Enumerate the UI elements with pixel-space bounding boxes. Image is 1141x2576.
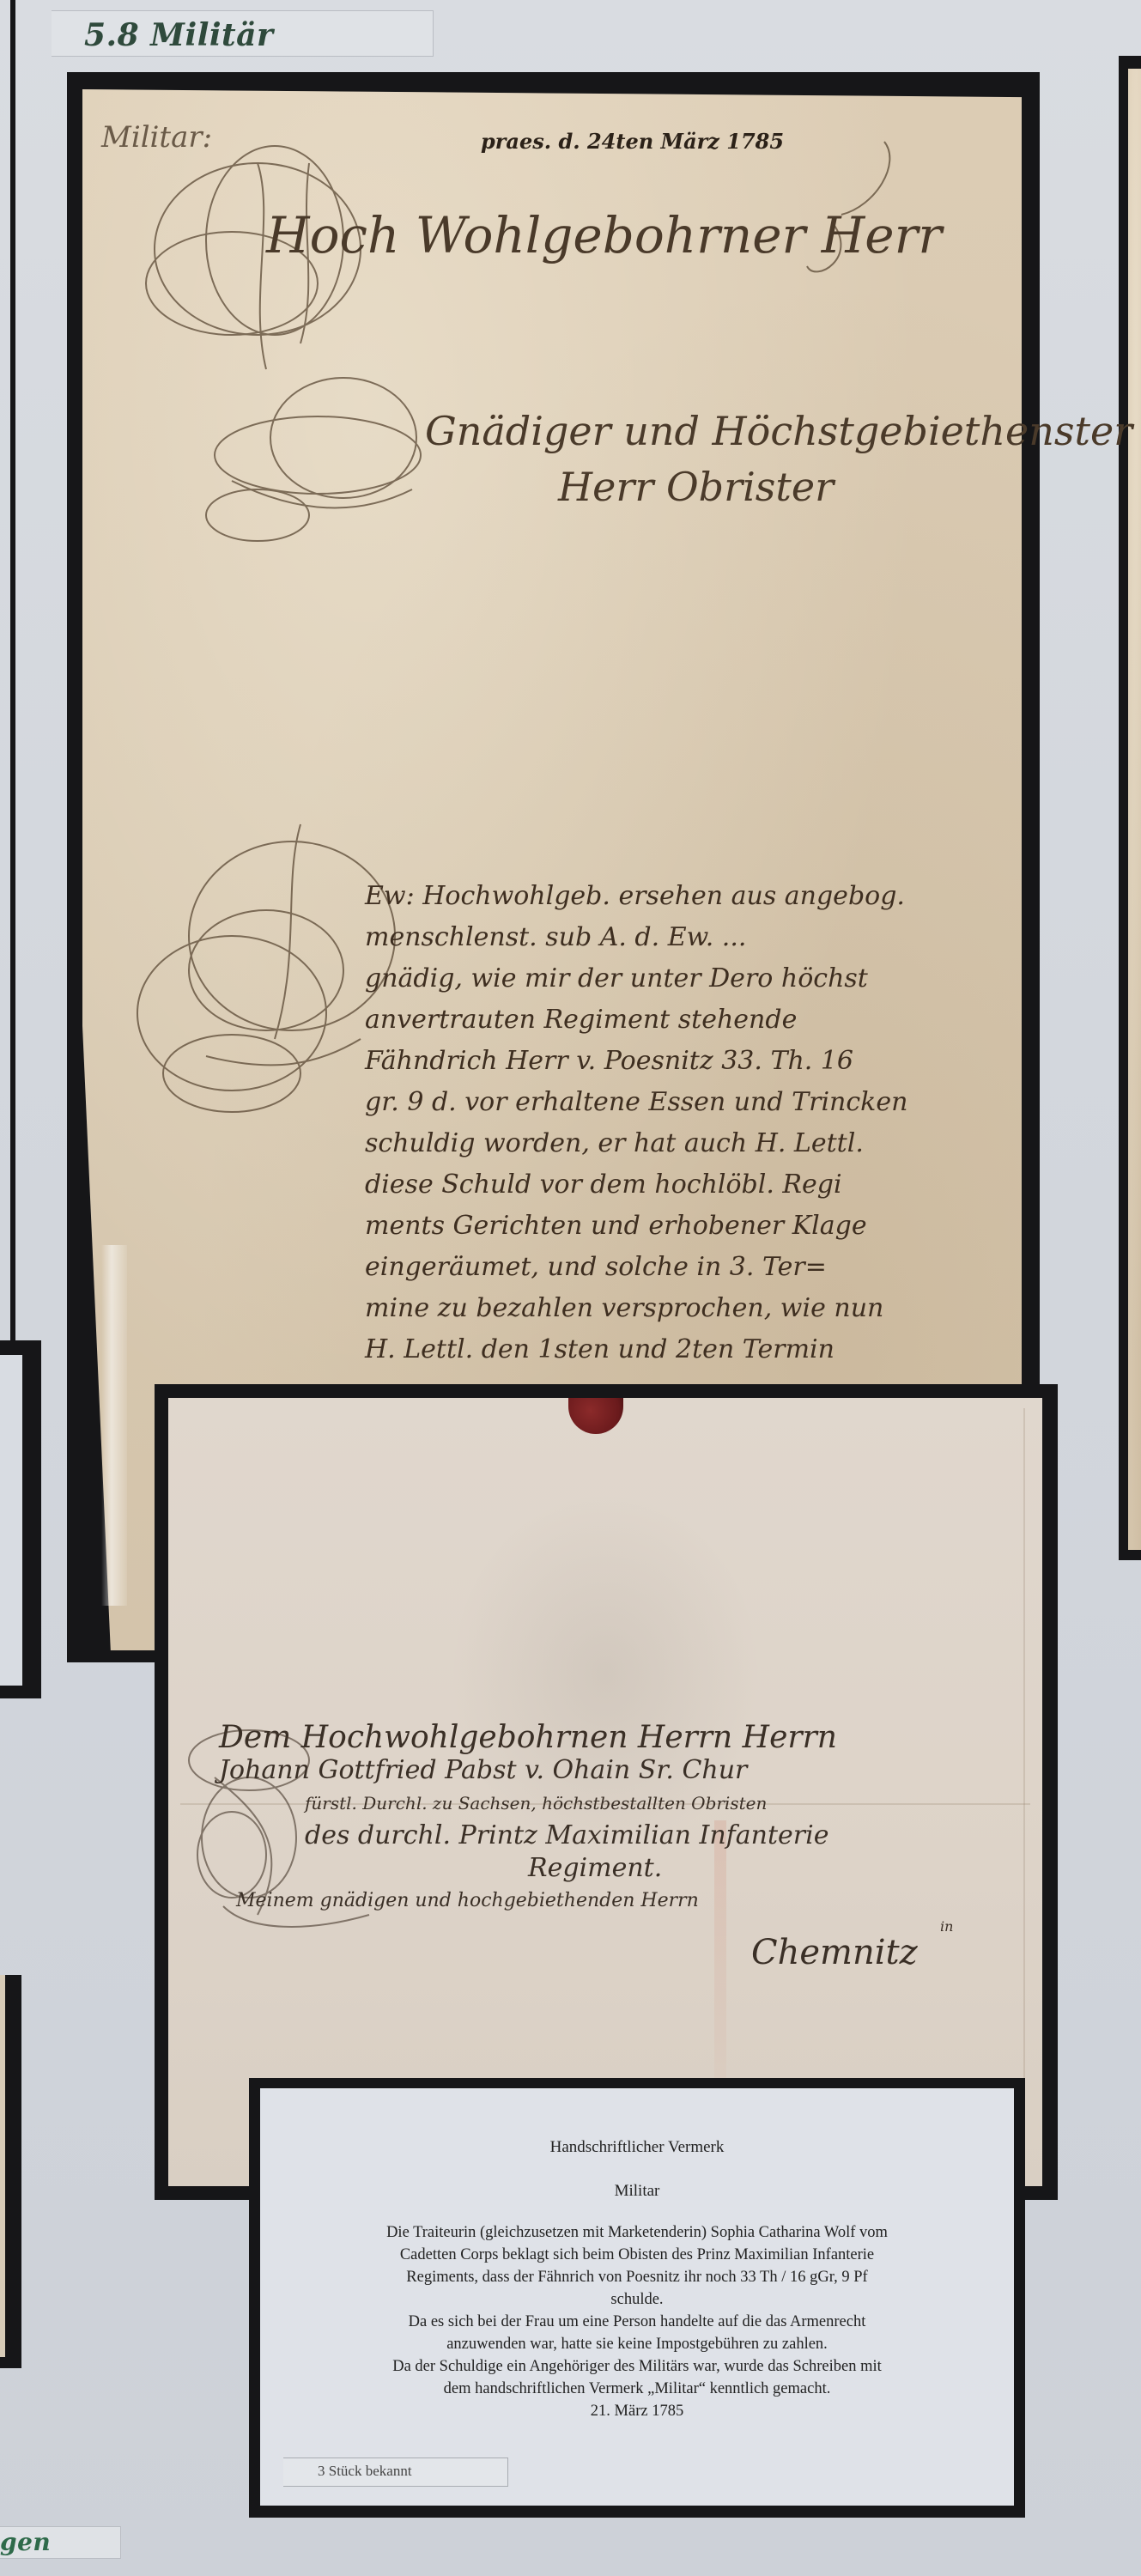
count-note: 3 Stück bekannt (318, 2463, 412, 2479)
neighbor-frame-left-top (0, 0, 15, 1344)
address-line: fürstl. Durchl. zu Sachsen, höchstbestal… (219, 1787, 953, 1820)
card-title: Handschriftlicher Vermerk (260, 2138, 1014, 2157)
address-line: Johann Gottfried Pabst v. Ohain Sr. Chur (219, 1754, 953, 1787)
letter-body-line: eingeräumet, und solche in 3. Ter= (365, 1247, 907, 1288)
letter-body-line: anvertrauten Regiment stehende (365, 999, 907, 1041)
letter-body-line: Ew: Hochwohlgeb. ersehen aus angebog. (365, 876, 907, 917)
neighbor-card-left-bottom (0, 1975, 5, 2357)
section-title: 5.8 Militär (84, 17, 273, 53)
address-line: Meinem gnädigen und hochgebiethenden Her… (219, 1885, 953, 1917)
card-paragraph-line: schulde. (260, 2288, 1014, 2311)
address-line: des durchl. Printz Maximilian Infanterie (219, 1820, 953, 1852)
letter-body-line: gr. 9 d. vor erhaltene Essen und Trincke… (365, 1082, 907, 1123)
card-paragraph-line: Cadetten Corps beklagt sich beim Obisten… (260, 2244, 1014, 2266)
letter-body-line: schuldig worden, er hat auch H. Lettl. (365, 1123, 907, 1164)
salutation-line-2: Gnädiger und Höchstgebiethenster (425, 408, 1132, 454)
letter-body-line: mine zu bezahlen versprochen, wie nun (365, 1288, 907, 1329)
letter-salutation-2: Gnädiger und Höchstgebiethenster (425, 408, 1132, 454)
description-card: Handschriftlicher Vermerk Militar Die Tr… (260, 2088, 1014, 2506)
section-title-text: 5.8 Militär (84, 17, 273, 53)
salutation-line-3: Herr Obrister (558, 464, 834, 510)
letter-salutation-1: Hoch Wohlgebohrner Herr (266, 206, 942, 264)
letter-body-line: diese Schuld vor dem hochlöbl. Regi (365, 1164, 907, 1206)
letter-body: Ew: Hochwohlgeb. ersehen aus angebog. me… (365, 876, 907, 1370)
salutation-line-1: Hoch Wohlgebohrner Herr (266, 206, 942, 264)
neighbor-label-text: gen (0, 2528, 51, 2556)
card-paragraph: Die Traiteurin (gleichzusetzen mit Marke… (260, 2221, 1014, 2422)
address-line: Dem Hochwohlgebohrnen Herrn Herrn (219, 1722, 953, 1754)
letter-body-line: menschlenst. sub A. d. Ew. ... (365, 917, 907, 958)
card-paragraph-line: 21. März 1785 (260, 2400, 1014, 2422)
neighbor-label-fragment: gen (0, 2528, 51, 2556)
letter-body-line: ments Gerichten und erhobener Klage (365, 1206, 907, 1247)
card-paragraph-line: dem handschriftlichen Vermerk „Militar“ … (260, 2378, 1014, 2400)
address-line: Chemnitz (219, 1936, 953, 1969)
letter-body-line: Fähndrich Herr v. Poesnitz 33. Th. 16 (365, 1041, 907, 1082)
card-paragraph-line: Regiments, dass der Fähnrich von Poesnit… (260, 2266, 1014, 2288)
card-paragraph-line: anzuwenden war, hatte sie keine Impostge… (260, 2333, 1014, 2355)
envelope-fold-line-vertical (1023, 1408, 1025, 2181)
card-paragraph-line: Die Traiteurin (gleichzusetzen mit Marke… (260, 2221, 1014, 2244)
card-paragraph-line: Da der Schuldige ein Angehöriger des Mil… (260, 2355, 1014, 2378)
address-line: Regiment. (219, 1852, 953, 1885)
card-subtitle: Militar (260, 2182, 1014, 2201)
envelope-address: Dem Hochwohlgebohrnen Herrn Herrn Johann… (219, 1722, 953, 1969)
letter-body-line: H. Lettl. den 1sten und 2ten Termin (365, 1329, 907, 1370)
count-note-box: 3 Stück bekannt (283, 2458, 508, 2487)
neighbor-card-left-middle (0, 1355, 22, 1686)
neighbor-paper-right (1128, 69, 1141, 1550)
letter-salutation-3: Herr Obrister (558, 464, 834, 510)
letter-body-line: gnädig, wie mir der unter Dero höchst (365, 958, 907, 999)
card-paragraph-line: Da es sich bei der Frau um eine Person h… (260, 2311, 1014, 2333)
